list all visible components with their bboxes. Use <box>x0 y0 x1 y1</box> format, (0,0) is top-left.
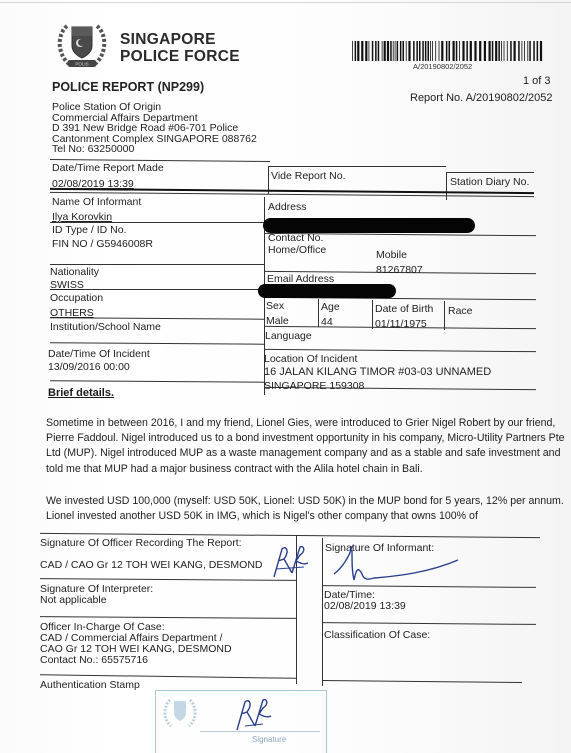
grid-line <box>372 300 373 329</box>
officer-signature-label: Signature Of Officer Recording The Repor… <box>40 537 242 549</box>
race-label: Race <box>448 305 473 317</box>
station-diary-no-label: Station Diary No. <box>450 176 529 188</box>
occupation-value: OTHERS <box>50 307 94 319</box>
mobile-label: Mobile <box>376 249 407 261</box>
police-crest-icon: POLIS <box>53 18 111 70</box>
grid-line <box>444 301 445 330</box>
language-label: Language <box>265 330 312 342</box>
grid-line <box>50 342 264 344</box>
grid-line <box>322 680 522 683</box>
location-incident-label: Location Of Incident <box>264 353 357 365</box>
police-report-page: POLIS SINGAPORE POLICE FORCE POLICE REPO… <box>0 0 571 753</box>
contact-no-label: Contact No. <box>268 232 323 244</box>
grid-line <box>264 349 536 352</box>
date-time-report-made-label: Date/Time Report Made <box>52 162 164 174</box>
mobile-value: 81267807 <box>376 264 423 276</box>
nationality-value: SWISS <box>50 279 84 291</box>
grid-line <box>40 616 296 619</box>
email-redaction <box>258 284 396 298</box>
date-time-report-made-value: 02/08/2019 13:39 <box>52 178 134 190</box>
station-of-origin: Police Station Of Origin Commercial Affa… <box>52 102 257 155</box>
informant-signature-icon <box>330 546 460 582</box>
grid-line <box>318 299 319 327</box>
barcode-text: A/20190802/2052 <box>413 62 472 71</box>
id-type-value: FIN NO / G5946008R <box>52 238 153 250</box>
stamp-caption: Signature <box>252 735 286 744</box>
officer-signature-icon <box>270 543 310 579</box>
sex-value: Male <box>266 315 289 327</box>
date-time-value: 02/08/2019 13:39 <box>324 601 406 612</box>
grid-line <box>322 585 536 588</box>
stamp-signature-icon <box>233 696 273 732</box>
grid-line <box>268 166 446 167</box>
age-label: Age <box>321 301 340 313</box>
occupation-label: Occupation <box>50 292 103 304</box>
grid-line <box>40 578 296 581</box>
org-name: SINGAPORE POLICE FORCE <box>120 31 240 65</box>
report-number: Report No. A/20190802/2052 <box>410 92 553 104</box>
date-of-birth-label: Date of Birth <box>375 303 433 315</box>
org-name-line1: SINGAPORE <box>120 31 240 48</box>
brief-details-heading: Brief details. <box>48 387 114 399</box>
home-office-label: Home/Office <box>268 244 326 256</box>
brief-details-paragraph-2: We invested USD 100,000 (myself: USD 50K… <box>46 494 566 524</box>
date-time-incident-value: 13/09/2016 00:00 <box>48 361 130 373</box>
stamp-signature-line <box>200 731 320 732</box>
location-incident-line1: 16 JALAN KILANG TIMOR #03-03 UNNAMED <box>264 366 491 378</box>
name-of-informant-label: Name Of Informant <box>52 196 141 208</box>
vide-report-no-label: Vide Report No. <box>271 170 346 182</box>
svg-text:POLIS: POLIS <box>75 62 88 67</box>
grid-line <box>50 380 264 382</box>
location-incident-line2: SINGAPORE 159308 <box>264 380 364 392</box>
address-redaction <box>263 218 475 233</box>
nationality-label: Nationality <box>50 266 99 278</box>
barcode <box>352 41 544 61</box>
stamp-crest-icon <box>162 696 198 730</box>
oic-contact: Contact No.: 65575716 <box>40 655 148 666</box>
name-of-informant-value: Ilya Korovkin <box>52 211 112 223</box>
id-type-label: ID Type / ID No. <box>52 224 127 236</box>
grid-line <box>322 622 536 625</box>
institution-label: Institution/School Name <box>50 321 161 333</box>
classification-label: Classification Of Case: <box>324 629 430 641</box>
station-line: D 391 New Bridge Road #06-701 Police <box>52 123 257 134</box>
grid-line <box>50 264 264 265</box>
interpreter-value: Not applicable <box>40 595 107 606</box>
grid-line <box>322 538 323 686</box>
authentication-stamp-label: Authentication Stamp <box>40 679 140 691</box>
station-line: Tel No: 63250000 <box>52 144 257 155</box>
date-time-incident-label: Date/Time Of Incident <box>48 348 150 360</box>
brief-details-paragraph-1: Sometime in between 2016, I and my frien… <box>46 416 566 477</box>
station-line: Police Station Of Origin <box>52 102 257 113</box>
date-of-birth-value: 01/11/1975 <box>375 318 427 330</box>
document-title: POLICE REPORT (NP299) <box>52 80 204 94</box>
sex-label: Sex <box>266 300 284 312</box>
page-indicator: 1 of 3 <box>523 75 551 87</box>
grid-line <box>446 172 534 173</box>
org-name-line2: POLICE FORCE <box>120 48 240 65</box>
address-label: Address <box>268 201 307 213</box>
scan-edge <box>0 2 571 3</box>
officer-name: CAD / CAO Gr 12 TOH WEI KANG, DESMOND <box>40 559 262 571</box>
age-value: 44 <box>321 316 333 328</box>
